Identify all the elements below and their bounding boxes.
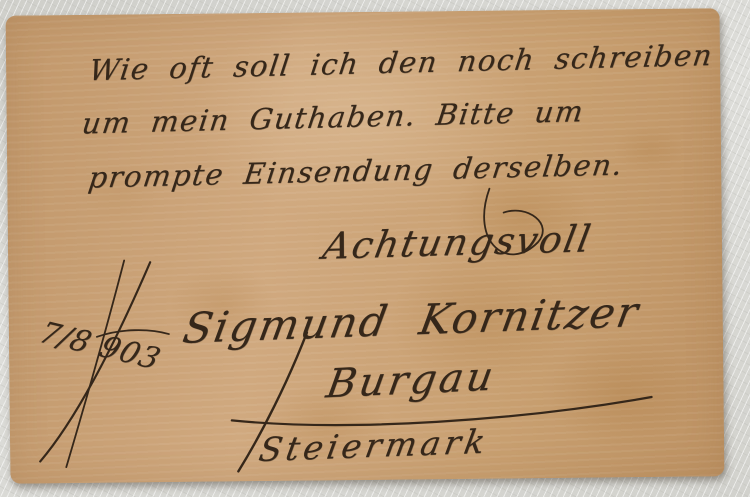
photo-backdrop: Wie oft soll ich den noch schreiben um m… xyxy=(0,0,750,497)
place-line: Burgau xyxy=(323,354,499,408)
postcard: Wie oft soll ich den noch schreiben um m… xyxy=(6,8,725,483)
closing-line: Achtungsvoll xyxy=(320,217,596,268)
